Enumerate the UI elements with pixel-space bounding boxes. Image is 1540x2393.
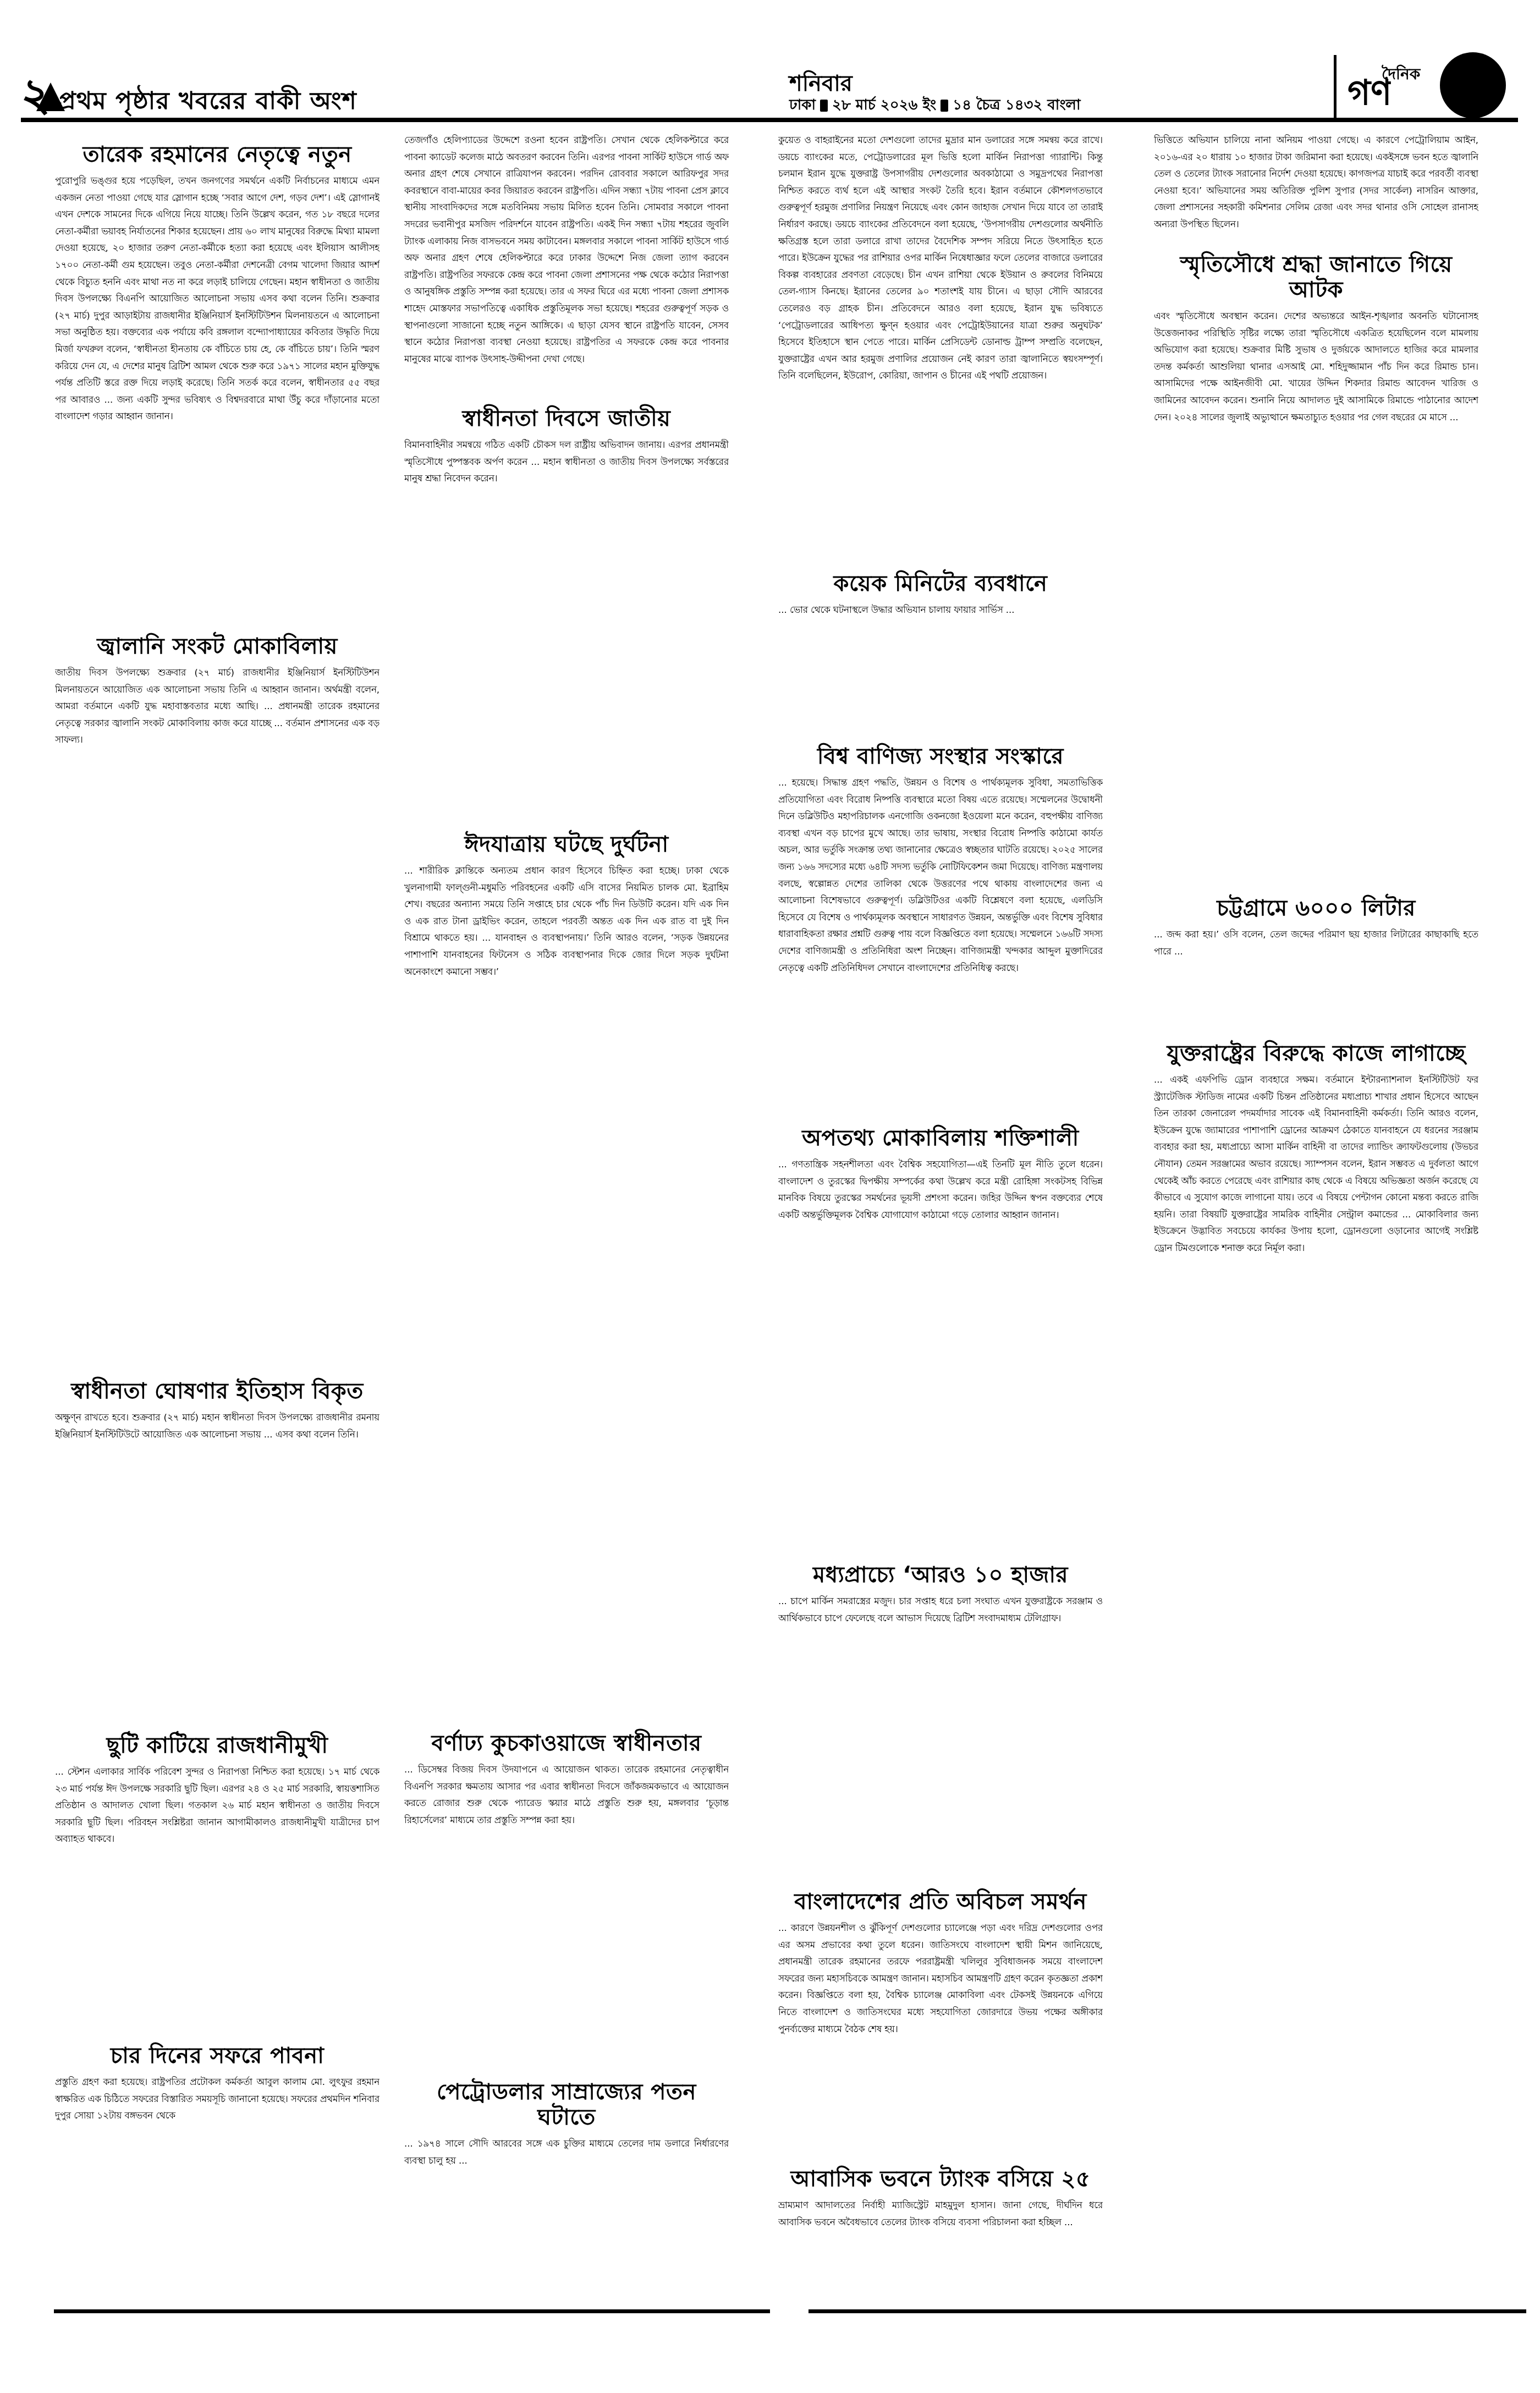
column-1: তারেক রহমানের নেতৃত্বে নতুন পুরোপুরি ভঙ্… — [55, 132, 380, 2305]
article-body: ... একই এফপিভি ড্রোন ব্যবহারে সক্ষম। বর্… — [1154, 1072, 1478, 2282]
article-body: ভিত্তিতে অভিযান চালিয়ে নানা অনিয়ম পাওয… — [1154, 132, 1478, 242]
article-body: এবং স্মৃতিসৌধে অবস্থান করেন। দেশের অভ্যন… — [1154, 308, 1478, 886]
article-body: ... ডিসেম্বর বিজয় দিবস উদযাপনে এ আয়োজন… — [404, 1761, 729, 2070]
headline: পেট্রোডলার সাম্রাজ্যের পতন ঘটাতে — [404, 2079, 729, 2130]
headline: বাংলাদেশের প্রতি অবিচল সমর্থন — [778, 1889, 1103, 1914]
article-body: ... ১৯৭৪ সালে সৌদি আরবের সঙ্গে এক চুক্তি… — [404, 2136, 729, 2246]
headline: আবাসিক ভবনে ট্যাংক বসিয়ে ২৫ — [778, 2166, 1103, 2192]
headline: অপতথ্য মোকাবিলায় শক্তিশালী — [778, 1126, 1103, 1151]
headline: চার দিনের সফরে পাবনা — [55, 2043, 380, 2068]
city-label: ঢাকা — [789, 94, 816, 118]
headline: তারেক রহমানের নেতৃত্বে নতুন — [55, 142, 380, 167]
story-independence-history: স্বাধীনতা ঘোষণার ইতিহাস বিকৃত অক্ষুণ্ন র… — [55, 1369, 380, 1723]
headline: যুক্তরাষ্ট্রের বিরুদ্ধে কাজে লাগাচ্ছে — [1154, 1041, 1478, 1066]
article-body: তেজগাঁও হেলিপ্যাডের উদ্দেশে রওনা হবেন রা… — [404, 132, 729, 396]
sun-circle-icon — [1440, 52, 1506, 118]
story-independence-day: স্বাধীনতা দিবসে জাতীয় বিমানবাহিনীর সমন্… — [404, 396, 729, 822]
article-body: ... জব্দ করা হয়।’ ওসি বলেন, তেল জব্দের … — [1154, 926, 1478, 1031]
headline: ঈদযাত্রায় ঘটছে দুর্ঘটনা — [404, 832, 729, 857]
story-pabna-visit: চার দিনের সফরে পাবনা প্রস্তুতি গ্রহণ করা… — [55, 2033, 380, 2129]
headline: মধ্যপ্রাচ্যে ‘আরও ১০ হাজার — [778, 1562, 1103, 1588]
article-body: জাতীয় দিবস উপলক্ষ্যে শুক্রবার (২৭ মার্চ… — [55, 665, 380, 1369]
story-wto-reform: বিশ্ব বাণিজ্য সংস্থার সংস্কারে ... হয়েছ… — [778, 734, 1103, 1116]
headline: জ্বালানি সংকট মোকাবিলায় — [55, 634, 380, 659]
column-2: তেজগাঁও হেলিপ্যাডের উদ্দেশে রওনা হবেন রা… — [404, 132, 729, 2305]
article-body: পুরোপুরি ভঙ্গুর হয়ে পড়েছিল, তখন জনগণের… — [55, 173, 380, 624]
square-bullet-icon — [941, 100, 948, 112]
article-body: ... চাপে মার্কিন সমরাস্ত্রের মজুদ। চার স… — [778, 1593, 1103, 1879]
footer-rule-right — [809, 2309, 1526, 2313]
story-middle-east-troops: মধ্যপ্রাচ্যে ‘আরও ১০ হাজার ... চাপে মার্… — [778, 1552, 1103, 1879]
article-body: ভ্রাম্যমাণ আদালতের নির্বাহী ম্যাজিস্ট্রে… — [778, 2197, 1103, 2307]
article-body: অক্ষুণ্ন রাখতে হবে। শুক্রবার (২৭ মার্চ) … — [55, 1409, 380, 1723]
headline: বিশ্ব বাণিজ্য সংস্থার সংস্কারে — [778, 744, 1103, 769]
article-body: ... ভোর থেকে ঘটনাস্থলে উদ্ধার অভিযান চাল… — [778, 602, 1103, 734]
logo-name: গণসূর্য — [1347, 75, 1436, 111]
story-petrodollar: পেট্রোডলার সাম্রাজ্যের পতন ঘটাতে ... ১৯৭… — [404, 2070, 729, 2246]
story-energy-crisis: জ্বালানি সংকট মোকাবিলায় জাতীয় দিবস উপল… — [55, 624, 380, 1369]
headline: স্বাধীনতা ঘোষণার ইতিহাস বিকৃত — [55, 1379, 380, 1404]
story-parade: বর্ণাঢ্য কুচকাওয়াজে স্বাধীনতার ... ডিসে… — [404, 1721, 729, 2070]
story-us-against: যুক্তরাষ্ট্রের বিরুদ্ধে কাজে লাগাচ্ছে ..… — [1154, 1031, 1478, 2282]
headline: কয়েক মিনিটের ব্যবধানে — [778, 571, 1103, 596]
headline: স্মৃতিসৌধে শ্রদ্ধা জানাতে গিয়ে আটক — [1154, 252, 1478, 303]
article-body: প্রস্তুতি গ্রহণ করা হয়েছে। রাষ্ট্রপতির … — [55, 2074, 380, 2129]
header-rule — [21, 118, 1518, 122]
article-body: ... স্টেশন এলাকার সার্বিক পরিবেশ সুন্দর … — [55, 1764, 380, 2033]
story-ctg-fuel: চট্টগ্রামে ৬০০০ লিটার ... জব্দ করা হয়।’… — [1154, 886, 1478, 1031]
newspaper-logo: দৈনিক গণসূর্য — [1342, 52, 1529, 118]
headline: স্বাধীনতা দিবসে জাতীয় — [404, 406, 729, 431]
footer-rule-left — [54, 2309, 770, 2313]
article-body: কুয়েত ও বাহরাইনের মতো দেশগুলো তাদের মুদ… — [778, 132, 1103, 561]
article-body: বিমানবাহিনীর সমন্বয়ে গঠিত একটি চৌকস দল … — [404, 437, 729, 822]
dateline: ঢাকা ২৮ মার্চ ২০২৬ ইং ১৪ চৈত্র ১৪৩২ বাংল… — [789, 94, 1080, 118]
column-3: কুয়েত ও বাহরাইনের মতো দেশগুলো তাদের মুদ… — [778, 132, 1103, 2305]
column-4: ভিত্তিতে অভিযান চালিয়ে নানা অনিয়ম পাওয… — [1154, 132, 1478, 2305]
headline: চট্টগ্রামে ৬০০০ লিটার — [1154, 896, 1478, 921]
section-title: প্রথম পৃষ্ঠার খবরের বাকী অংশ — [58, 83, 357, 123]
square-bullet-icon — [820, 100, 828, 112]
date-gregorian: ২৮ মার্চ ২০২৬ ইং — [832, 94, 936, 118]
masthead: ২ প্রথম পৃষ্ঠার খবরের বাকী অংশ শনিবার ঢা… — [0, 0, 1540, 124]
headline: ছুটি কাটিয়ে রাজধানীমুখী — [55, 1733, 380, 1758]
story-tarique-leadership: তারেক রহমানের নেতৃত্বে নতুন পুরোপুরি ভঙ্… — [55, 132, 380, 624]
article-body: ... হয়েছে। সিদ্ধান্ত গ্রহণ পদ্ধতি, উন্ন… — [778, 775, 1103, 1116]
story-disinformation: অপতথ্য মোকাবিলায় শক্তিশালী ... গণতান্ত্… — [778, 1116, 1103, 1552]
story-un-support: বাংলাদেশের প্রতি অবিচল সমর্থন ... কারণে … — [778, 1879, 1103, 2156]
article-body: ... কারণে উন্নয়নশীল ও ঝুঁকিপূর্ণ দেশগুল… — [778, 1920, 1103, 2156]
story-memorial-arrest: স্মৃতিসৌধে শ্রদ্ধা জানাতে গিয়ে আটক এবং … — [1154, 242, 1478, 886]
article-body: ... শারীরিক ক্লান্তিকে অন্যতম প্রধান কার… — [404, 863, 729, 1721]
article-body: ... গণতান্ত্রিক সহনশীলতা এবং বৈশ্বিক সহয… — [778, 1156, 1103, 1552]
headline: বর্ণাঢ্য কুচকাওয়াজে স্বাধীনতার — [404, 1731, 729, 1756]
date-bangla: ১৪ চৈত্র ১৪৩২ বাংলা — [953, 94, 1080, 118]
story-eid-accidents: ঈদযাত্রায় ঘটছে দুর্ঘটনা ... শারীরিক ক্ল… — [404, 822, 729, 1721]
story-residential-tank: আবাসিক ভবনে ট্যাংক বসিয়ে ২৫ ভ্রাম্যমাণ … — [778, 2156, 1103, 2307]
story-return-to-capital: ছুটি কাটিয়ে রাজধানীমুখী ... স্টেশন এলাক… — [55, 1723, 380, 2033]
logo-name-part2: সূর্য — [1392, 73, 1436, 113]
story-petrodollar-cont: কুয়েত ও বাহরাইনের মতো দেশগুলো তাদের মুদ… — [778, 132, 1103, 561]
story-minutes-apart: কয়েক মিনিটের ব্যবধানে ... ভোর থেকে ঘটনা… — [778, 561, 1103, 734]
masthead-divider — [1334, 55, 1336, 118]
story-residential-tank-cont: ভিত্তিতে অভিযান চালিয়ে নানা অনিয়ম পাওয… — [1154, 132, 1478, 242]
story-pabna-visit-cont: তেজগাঁও হেলিপ্যাডের উদ্দেশে রওনা হবেন রা… — [404, 132, 729, 396]
logo-name-part1: গণ — [1347, 73, 1392, 113]
